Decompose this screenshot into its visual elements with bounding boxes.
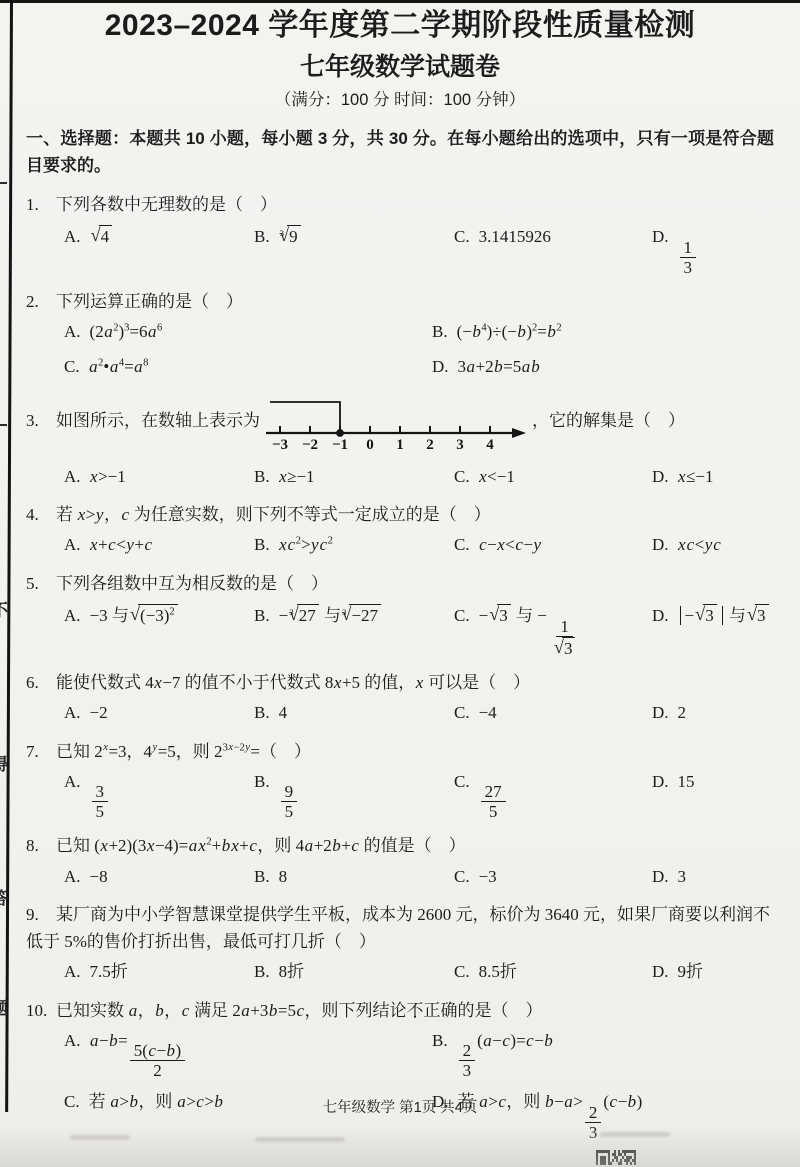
option-label: D. xyxy=(652,962,669,981)
margin-char: 得 xyxy=(0,750,8,775)
option-value: (−b4)÷(−b)2=b2 xyxy=(457,322,562,341)
question-number: 1. xyxy=(26,191,56,218)
option-C: C.−4 xyxy=(454,700,652,726)
question-stem-continued: ，它的解集是（ ） xyxy=(532,411,685,430)
option-value: 3√9 xyxy=(279,227,302,246)
option-value: x+c<y+c xyxy=(90,535,153,554)
option-B: B.8折 xyxy=(254,959,454,985)
qr-pixel xyxy=(604,1162,606,1165)
option-label: A. xyxy=(64,867,81,886)
option-A: A.(2a2)3=6a6 xyxy=(64,319,432,345)
qr-pixel xyxy=(626,1162,628,1165)
option-C: C.275 xyxy=(454,769,652,822)
top-border-line xyxy=(0,0,800,3)
question-4: 4.若 x>y，c 为任意实数，则下列不等式一定成立的是（ ）A.x+c<y+c… xyxy=(26,501,774,559)
option-A: A.−2 xyxy=(64,700,254,726)
option-C: C.−√3 与 −1√3 xyxy=(454,601,652,658)
question-stem-row: 5.下列各组数中互为相反数的是（ ） xyxy=(26,570,774,597)
question-stem: 已知实数 a，b，c 满足 2a+3b=5c，则下列结论不正确的是（ ） xyxy=(56,1001,543,1020)
option-A: A.√4 xyxy=(64,222,254,250)
question-3: 3.如图所示，在数轴上表示为−3−2−101234，它的解集是（ ）A.x>−1… xyxy=(26,392,774,491)
question-9: 9.某厂商为中小学智慧课堂提供学生平板，成本为 2600 元，标价为 3640 … xyxy=(26,901,774,986)
option-A: A.35 xyxy=(64,769,254,822)
option-label: C. xyxy=(454,227,470,246)
question-number: 8. xyxy=(26,832,56,859)
qr-pixel xyxy=(596,1162,598,1165)
options-row: A.35B.95C.275D.15 xyxy=(26,769,774,822)
page-content: 2023–2024 学年度第二学期阶段性质量检测 七年级数学试题卷 （满分：10… xyxy=(26,8,774,1142)
options-row: A.−8B.8C.−3D.3 xyxy=(26,864,774,890)
option-label: C. xyxy=(454,867,470,886)
option-value: 4 xyxy=(279,703,288,722)
option-label: B. xyxy=(254,467,270,486)
option-D: D.15 xyxy=(652,769,774,795)
qr-pixel xyxy=(634,1162,636,1165)
option-label: D. xyxy=(652,867,669,886)
option-label: C. xyxy=(454,467,470,486)
option-value: −2 xyxy=(90,703,108,722)
option-value: 95 xyxy=(279,772,300,791)
option-label: B. xyxy=(254,535,270,554)
question-number: 5. xyxy=(26,570,56,597)
option-value: 2 xyxy=(678,703,687,722)
option-A: A.x+c<y+c xyxy=(64,532,254,558)
option-C: C.c−x<c−y xyxy=(454,532,652,558)
scan-smudge xyxy=(70,1135,130,1140)
question-6: 6.能使代数式 4x−7 的值不小于代数式 8x+5 的值，x 可以是（ ）A.… xyxy=(26,669,774,727)
option-value: c−x<c−y xyxy=(479,535,542,554)
option-value: xc<yc xyxy=(678,535,722,554)
svg-text:3: 3 xyxy=(456,437,464,452)
question-stem: 能使代数式 4x−7 的值不小于代数式 8x+5 的值，x 可以是（ ） xyxy=(56,673,530,692)
option-D: D.9折 xyxy=(652,959,774,985)
question-stem: 如图所示，在数轴上表示为 xyxy=(56,411,260,430)
option-label: A. xyxy=(64,962,81,981)
svg-text:−2: −2 xyxy=(302,437,318,452)
svg-text:1: 1 xyxy=(396,437,404,452)
option-A: A.−3 与√(−3)2 xyxy=(64,601,254,629)
question-number: 10. xyxy=(26,997,56,1024)
option-label: C. xyxy=(454,962,470,981)
option-label: D. xyxy=(652,467,669,486)
margin-tick xyxy=(0,424,7,426)
option-B: B.−3√27 与3√−27 xyxy=(254,601,454,629)
option-C: C.x<−1 xyxy=(454,464,652,490)
option-value: −3√27 与3√−27 xyxy=(279,606,382,625)
option-value: 15 xyxy=(678,772,695,791)
question-10: 10.已知实数 a，b，c 满足 2a+3b=5c，则下列结论不正确的是（ ）A… xyxy=(26,997,774,1142)
option-D: D.13 xyxy=(652,224,774,277)
option-B: B.3√9 xyxy=(254,222,454,250)
option-value: a2•a4=a8 xyxy=(89,357,149,376)
question-number: 9. xyxy=(26,901,56,928)
question-number: 4. xyxy=(26,501,56,528)
option-D: D.3a+2b=5ab xyxy=(432,354,774,380)
left-border-line xyxy=(5,0,13,1112)
page-title: 2023–2024 学年度第二学期阶段性质量检测 xyxy=(26,8,774,44)
option-value: −√3 与 −1√3 xyxy=(479,606,583,625)
option-value: 7.5折 xyxy=(90,962,128,981)
option-label: A. xyxy=(64,1031,81,1050)
scan-smudge xyxy=(600,1132,670,1137)
margin-char: 答 xyxy=(0,884,8,909)
question-stem-row: 2.下列运算正确的是（ ） xyxy=(26,288,774,315)
svg-text:−1: −1 xyxy=(332,437,348,452)
option-B: B.xc2>yc2 xyxy=(254,532,454,558)
exam-score-time: （满分：100 分 时间：100 分钟） xyxy=(26,90,774,111)
question-number: 2. xyxy=(26,288,56,315)
option-B: B.(−b4)÷(−b)2=b2 xyxy=(432,319,774,345)
question-number: 6. xyxy=(26,669,56,696)
option-label: B. xyxy=(254,227,270,246)
option-label: A. xyxy=(64,535,81,554)
options-row: A.a−b=5(c−b)2B.23(a−c)=c−bC.若 a>b，则 a>c>… xyxy=(26,1028,774,1142)
option-value: xc2>yc2 xyxy=(279,535,333,554)
question-stem-row: 3.如图所示，在数轴上表示为−3−2−101234，它的解集是（ ） xyxy=(26,392,774,460)
page-subtitle: 七年级数学试题卷 xyxy=(26,52,774,83)
option-label: A. xyxy=(64,772,81,791)
question-stem: 已知 (x+2)(3x−4)=ax2+bx+c，则 4a+2b+c 的值是（ ） xyxy=(56,836,466,855)
svg-text:2: 2 xyxy=(426,437,434,452)
svg-text:4: 4 xyxy=(486,437,494,452)
option-value: 275 xyxy=(479,772,508,791)
options-row: A.−3 与√(−3)2B.−3√27 与3√−27C.−√3 与 −1√3D.… xyxy=(26,601,774,658)
option-A: A.−8 xyxy=(64,864,254,890)
option-label: D. xyxy=(652,606,669,625)
question-8: 8.已知 (x+2)(3x−4)=ax2+bx+c，则 4a+2b+c 的值是（… xyxy=(26,832,774,890)
option-value: −√3 与√3 xyxy=(678,606,770,625)
option-B: B.x≥−1 xyxy=(254,464,454,490)
question-stem: 已知 2x=3，4y=5，则 23x−2y=（ ） xyxy=(56,742,311,761)
question-stem: 若 x>y，c 为任意实数，则下列不等式一定成立的是（ ） xyxy=(56,505,491,524)
page-footer: 七年级数学 第1页 共4页 xyxy=(0,1096,800,1117)
option-value: x≥−1 xyxy=(279,467,315,486)
option-C: C.8.5折 xyxy=(454,959,652,985)
option-value: (2a2)3=6a6 xyxy=(90,322,163,341)
option-value: 13 xyxy=(678,227,699,246)
options-row: A.x+c<y+cB.xc2>yc2C.c−x<c−yD.xc<yc xyxy=(26,532,774,558)
option-D: D.−√3 与√3 xyxy=(652,601,774,629)
qr-pixel xyxy=(612,1159,614,1162)
options-row: A.(2a2)3=6a6B.(−b4)÷(−b)2=b2C.a2•a4=a8D.… xyxy=(26,319,774,381)
option-C: C.a2•a4=a8 xyxy=(64,354,432,380)
question-5: 5.下列各组数中互为相反数的是（ ）A.−3 与√(−3)2B.−3√27 与3… xyxy=(26,570,774,658)
exam-page: 不得答题 2023–2024 学年度第二学期阶段性质量检测 七年级数学试题卷 （… xyxy=(0,0,800,1167)
option-label: B. xyxy=(254,703,270,722)
option-label: B. xyxy=(254,606,270,625)
option-value: x>−1 xyxy=(90,467,126,486)
options-row: A.x>−1B.x≥−1C.x<−1D.x≤−1 xyxy=(26,464,774,490)
option-label: D. xyxy=(652,703,669,722)
question-1: 1.下列各数中无理数的是（ ）A.√4B.3√9C.3.1415926D.13 xyxy=(26,191,774,277)
option-value: √4 xyxy=(90,227,114,246)
option-label: B. xyxy=(432,1031,448,1050)
option-value: −3 xyxy=(479,867,497,886)
option-value: a−b=5(c−b)2 xyxy=(90,1031,188,1050)
option-label: C. xyxy=(454,772,470,791)
option-D: D.xc<yc xyxy=(652,532,774,558)
option-label: D. xyxy=(652,772,669,791)
question-stem-row: 4.若 x>y，c 为任意实数，则下列不等式一定成立的是（ ） xyxy=(26,501,774,528)
option-B: B.95 xyxy=(254,769,454,822)
question-7: 7.已知 2x=3，4y=5，则 23x−2y=（ ）A.35B.95C.275… xyxy=(26,738,774,822)
option-value: x<−1 xyxy=(479,467,515,486)
svg-text:0: 0 xyxy=(366,437,374,452)
option-label: C. xyxy=(64,357,80,376)
options-row: A.−2B.4C.−4D.2 xyxy=(26,700,774,726)
option-D: D.2 xyxy=(652,700,774,726)
qr-pixel xyxy=(620,1162,622,1165)
question-number: 7. xyxy=(26,738,56,765)
qr-pixel xyxy=(610,1162,612,1165)
margin-char: 题 xyxy=(0,994,8,1019)
svg-text:−3: −3 xyxy=(272,437,288,452)
option-B: B.4 xyxy=(254,700,454,726)
option-label: A. xyxy=(64,322,81,341)
margin-tick xyxy=(0,182,7,184)
option-label: C. xyxy=(454,703,470,722)
option-D: D.3 xyxy=(652,864,774,890)
option-value: 3 xyxy=(678,867,687,886)
question-stem: 某厂商为中小学智慧课堂提供学生平板，成本为 2600 元，标价为 3640 元，… xyxy=(26,905,770,951)
margin-char: 不 xyxy=(0,596,8,621)
option-value: 9折 xyxy=(678,962,704,981)
option-label: B. xyxy=(254,867,270,886)
option-C: C.−3 xyxy=(454,864,652,890)
question-stem-row: 10.已知实数 a，b，c 满足 2a+3b=5c，则下列结论不正确的是（ ） xyxy=(26,997,774,1024)
option-B: B.8 xyxy=(254,864,454,890)
qr-code-icon xyxy=(596,1150,638,1167)
question-stem-row: 8.已知 (x+2)(3x−4)=ax2+bx+c，则 4a+2b+c 的值是（… xyxy=(26,832,774,859)
option-A: A.x>−1 xyxy=(64,464,254,490)
option-label: B. xyxy=(254,962,270,981)
option-label: D. xyxy=(432,357,449,376)
option-value: x≤−1 xyxy=(678,467,714,486)
option-value: 23(a−c)=c−b xyxy=(457,1031,554,1050)
question-stem-row: 6.能使代数式 4x−7 的值不小于代数式 8x+5 的值，x 可以是（ ） xyxy=(26,669,774,696)
qr-pixel xyxy=(630,1162,632,1165)
option-A: A.a−b=5(c−b)2 xyxy=(64,1028,432,1081)
option-label: A. xyxy=(64,606,81,625)
question-stem: 下列各组数中互为相反数的是（ ） xyxy=(56,574,328,593)
option-label: B. xyxy=(254,772,270,791)
option-label: D. xyxy=(652,535,669,554)
option-A: A.7.5折 xyxy=(64,959,254,985)
option-label: A. xyxy=(64,467,81,486)
option-label: C. xyxy=(454,606,470,625)
option-value: 8.5折 xyxy=(479,962,517,981)
scan-smudge xyxy=(255,1137,345,1142)
option-value: −8 xyxy=(90,867,108,886)
option-B: B.23(a−c)=c−b xyxy=(432,1028,774,1081)
question-2: 2.下列运算正确的是（ ）A.(2a2)3=6a6B.(−b4)÷(−b)2=b… xyxy=(26,288,774,381)
question-stem-row: 9.某厂商为中小学智慧课堂提供学生平板，成本为 2600 元，标价为 3640 … xyxy=(26,901,774,955)
section-instructions: 一、选择题：本题共 10 小题，每小题 3 分，共 30 分。在每小题给出的选项… xyxy=(26,125,774,180)
options-row: A.√4B.3√9C.3.1415926D.13 xyxy=(26,222,774,277)
question-stem-row: 1.下列各数中无理数的是（ ） xyxy=(26,191,774,218)
option-value: 3a+2b=5ab xyxy=(458,357,541,376)
option-D: D.x≤−1 xyxy=(652,464,774,490)
option-value: 35 xyxy=(90,772,111,791)
option-value: 3.1415926 xyxy=(479,227,551,246)
option-label: A. xyxy=(64,703,81,722)
options-row: A.7.5折B.8折C.8.5折D.9折 xyxy=(26,959,774,985)
option-value: 8折 xyxy=(279,962,305,981)
option-value: −4 xyxy=(479,703,497,722)
numberline-figure: −3−2−101234 xyxy=(264,392,528,460)
option-label: C. xyxy=(454,535,470,554)
option-C: C.3.1415926 xyxy=(454,224,652,250)
question-stem: 下列各数中无理数的是（ ） xyxy=(56,195,277,214)
option-value: 8 xyxy=(279,867,288,886)
option-label: D. xyxy=(652,227,669,246)
question-stem: 下列运算正确的是（ ） xyxy=(56,292,243,311)
option-label: A. xyxy=(64,227,81,246)
option-label: B. xyxy=(432,322,448,341)
questions-list: 1.下列各数中无理数的是（ ）A.√4B.3√9C.3.1415926D.132… xyxy=(26,191,774,1142)
question-stem-row: 7.已知 2x=3，4y=5，则 23x−2y=（ ） xyxy=(26,738,774,765)
option-value: −3 与√(−3)2 xyxy=(90,606,179,625)
question-number: 3. xyxy=(26,407,56,434)
